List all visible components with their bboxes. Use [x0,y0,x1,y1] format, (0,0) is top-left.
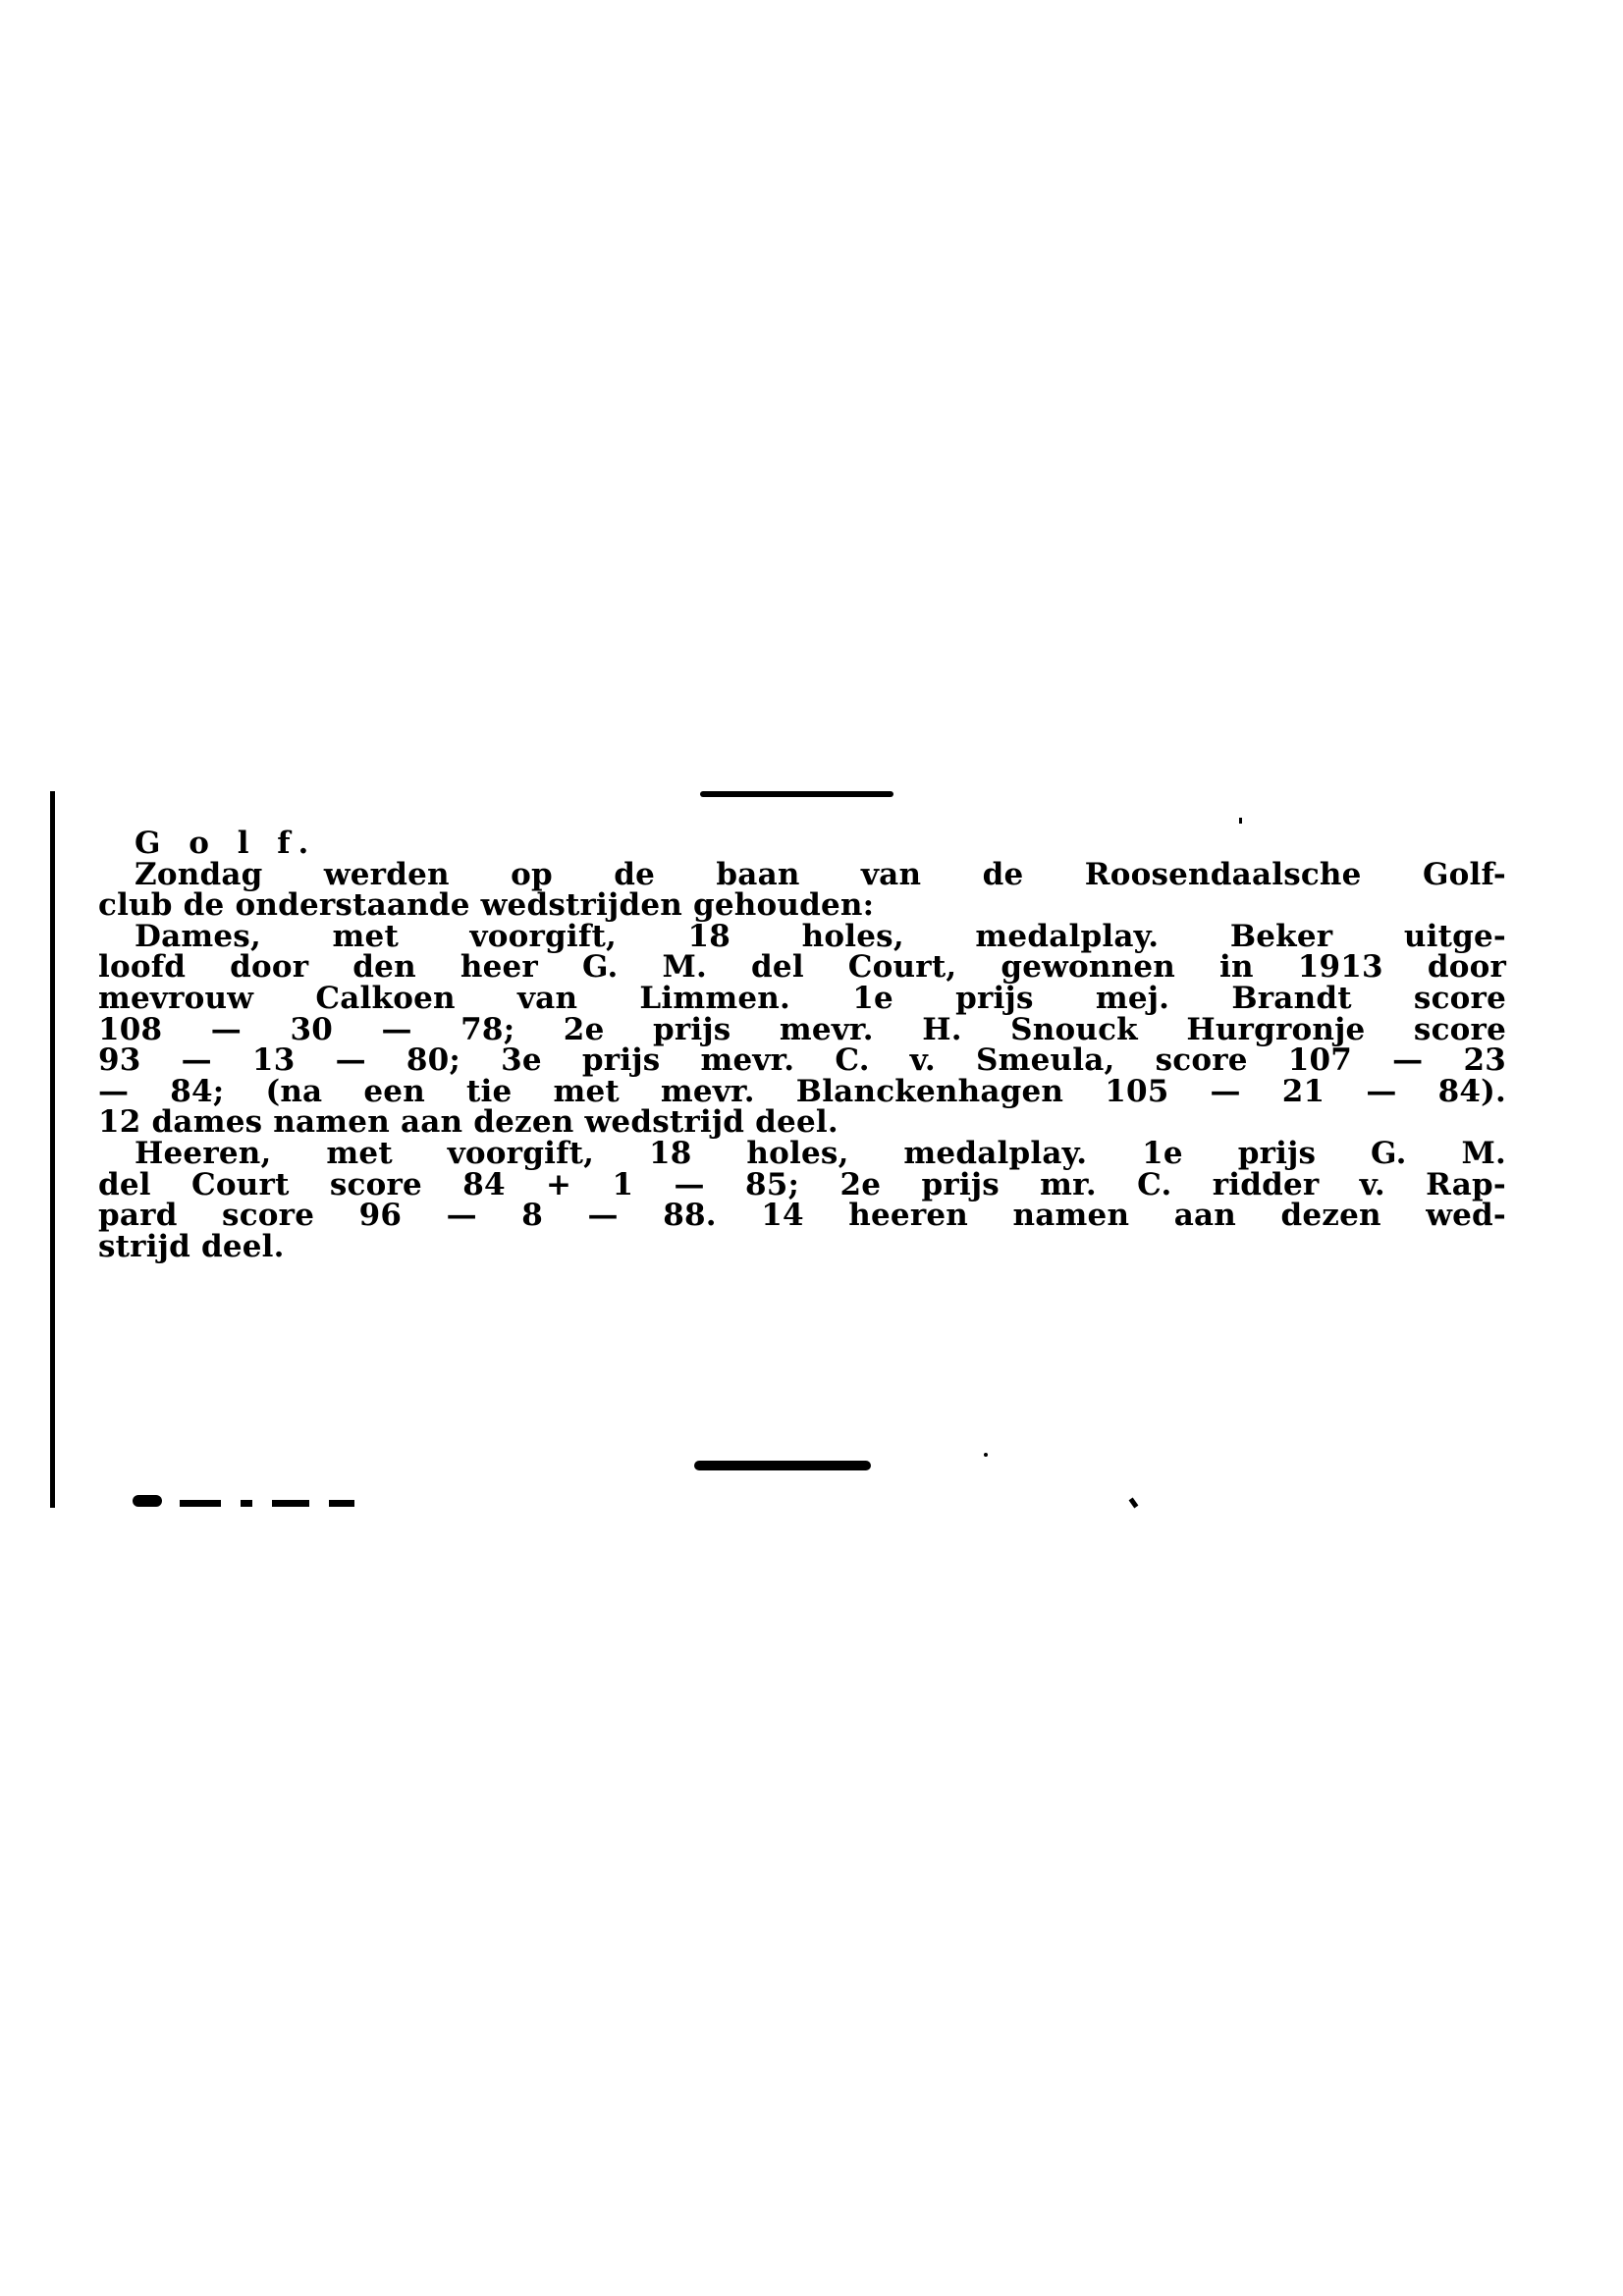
article-line: Heeren, met voorgift, 18 holes, medalpla… [98,1139,1506,1170]
article-line: strijd deel. [98,1232,1506,1263]
next-article-cutoff [133,1493,594,1507]
column-border [50,791,55,1508]
article-line: 108 — 30 — 78; 2e prijs mevr. H. Snouck … [98,1015,1506,1046]
article-line: Zondag werden op de baan van de Roosenda… [98,860,1506,891]
article-line: pard score 96 — 8 — 88. 14 heeren namen … [98,1201,1506,1232]
article-line: mevrouw Calkoen van Limmen. 1e prijs mej… [98,984,1506,1015]
article-line: club de onderstaande wedstrijden gehoude… [98,890,1506,922]
article-line: Dames, met voorgift, 18 holes, medalplay… [98,922,1506,953]
article-line: 93 — 13 — 80; 3e prijs mevr. C. v. Smeul… [98,1045,1506,1077]
bottom-separator-rule [694,1461,871,1470]
article-line: del Court score 84 + 1 — 85; 2e prijs mr… [98,1170,1506,1201]
print-speck [1129,1497,1139,1508]
golf-article: G o l f. Zondag werden op de baan van de… [98,828,1506,1262]
print-speck [1239,818,1242,824]
top-separator-rule [700,791,893,797]
article-line: loofd door den heer G. M. del Court, gew… [98,952,1506,984]
print-speck [984,1453,988,1457]
section-title: G o l f. [98,828,1506,860]
article-line: 12 dames namen aan dezen wedstrijd deel. [98,1107,1506,1139]
article-line: — 84; (na een tie met mevr. Blanckenhage… [98,1077,1506,1108]
newspaper-clipping: G o l f. Zondag werden op de baan van de… [0,0,1623,2296]
